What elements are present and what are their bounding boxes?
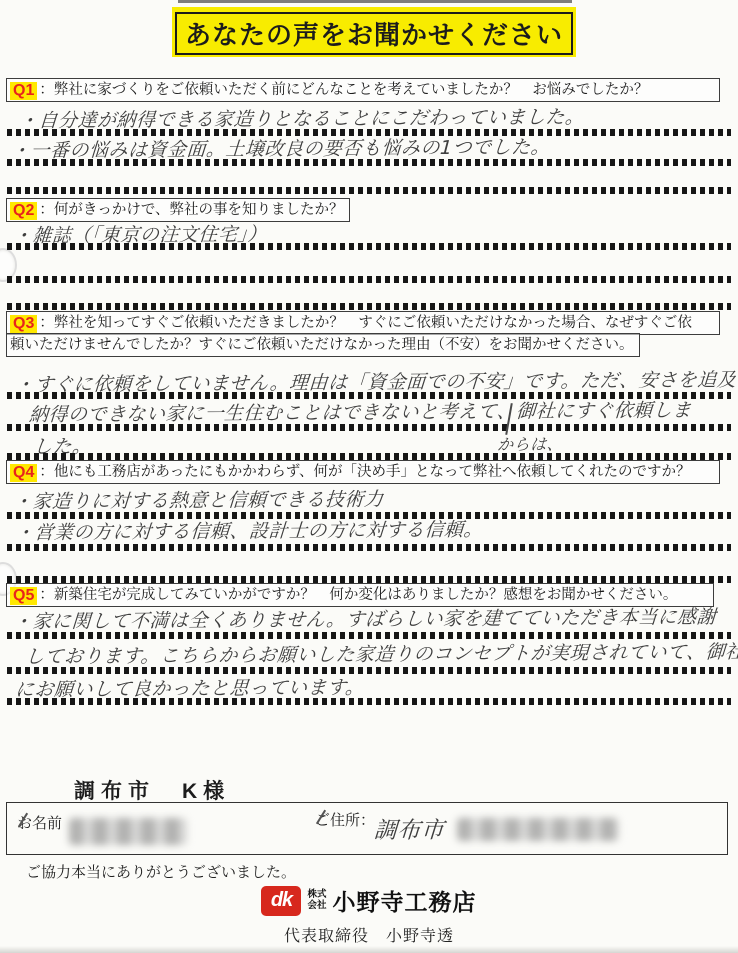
dashed-rule	[7, 698, 731, 705]
q2-label: Q2	[10, 202, 37, 220]
title-highlight: あなたの声をお聞かせください	[172, 7, 576, 57]
dashed-rule	[7, 187, 731, 194]
q1-label: Q1	[10, 82, 37, 100]
q3-answer-line2: 納得のできない家に一生住むことはできないと考えて、御社にすぐ依頼しま	[28, 395, 692, 427]
q5-label: Q5	[10, 587, 37, 605]
questionnaire-page: あなたの声をお聞かせください Q1：弊社に家づくりをご依頼いただく前にどんなこと…	[0, 0, 738, 953]
company-prefix: 株式 会社	[307, 890, 326, 912]
dashed-rule	[7, 453, 731, 460]
company-name: 小野寺工務店	[333, 884, 477, 917]
dashed-rule	[7, 159, 731, 166]
q4-answer-line1: ・家造りに対する熱意と信頼できる技術力	[12, 484, 384, 514]
company-prefix-top: 株式	[307, 890, 326, 901]
address-city-handwriting: 調布市	[373, 812, 446, 846]
q5-answer-line1: ・家に関して不満は全くありません。すばらしい家を建てていただき本当に感謝	[12, 602, 717, 634]
question-box-q2: Q2：何がきっかけで、弊社の事を知りましたか？	[6, 198, 350, 222]
company-logo-icon: dk	[261, 886, 301, 916]
q1-text: ：弊社に家づくりをご依頼いただく前にどんなことを考えていましたか？ お悩みでした…	[39, 82, 648, 98]
q4-answer-line2: ・営業の方に対する信頼、設計士の方に対する信頼。	[14, 515, 484, 545]
company-logo-row: dk 株式 会社 小野寺工務店	[0, 884, 738, 917]
question-box-q4: Q4：他にも工務店があったにもかかわらず、何が「決め手」となって弊社へ依頼してく…	[6, 460, 720, 484]
q3-label: Q3	[10, 315, 37, 333]
q4-text: ：他にも工務店があったにもかかわらず、何が「決め手」となって弊社へ依頼してくれた…	[39, 464, 690, 480]
q2-text: ：何がきっかけで、弊社の事を知りましたか？	[39, 202, 343, 218]
representative-name: 代表取締役 小野寺透	[0, 923, 738, 946]
question-box-q3-line1: Q3：弊社を知ってすぐご依頼いただきましたか？ すぐにご依頼いただけなかった場合…	[6, 311, 720, 335]
dashed-rule	[7, 544, 731, 551]
q3-text-line2: 頼いただけませんでしたか？すぐにご依頼いただけなかった理由（不安）をお聞かせくだ…	[10, 337, 634, 353]
name-address-box: お名前 ご住所： 調布市	[6, 802, 728, 855]
dashed-rule	[7, 243, 731, 250]
dashed-rule	[7, 303, 731, 310]
q3-answer-insertion: からは、	[497, 432, 564, 455]
page-title: あなたの声をお聞かせください	[175, 12, 573, 55]
q5-answer-line2: しております。こちらからお願いした家造りのコンセプトが実現されていて、御社	[24, 637, 738, 669]
dashed-rule	[7, 667, 731, 674]
dashed-rule	[7, 424, 731, 431]
scan-edge-artifact	[0, 946, 738, 953]
thanks-note: ご協力本当にありがとうございました。	[26, 861, 296, 882]
redacted-name	[69, 818, 187, 845]
q3-text-line1: ：弊社を知ってすぐご依頼いただきましたか？ すぐにご依頼いただけなかった場合、な…	[39, 315, 692, 331]
question-box-q3-line2: 頼いただけませんでしたか？すぐにご依頼いただけなかった理由（不安）をお聞かせくだ…	[6, 333, 640, 357]
q4-label: Q4	[10, 464, 37, 482]
dashed-rule	[7, 576, 731, 583]
redacted-address	[457, 818, 619, 841]
company-prefix-bottom: 会社	[307, 901, 326, 912]
question-box-q1: Q1：弊社に家づくりをご依頼いただく前にどんなことを考えていましたか？ お悩みで…	[6, 78, 720, 102]
customer-heading: 調布市 K様	[74, 775, 230, 805]
q5-text: ：新築住宅が完成してみていかがですか？ 何か変化はありましたか？感想をお聞かせく…	[39, 587, 677, 603]
dashed-rule	[7, 276, 731, 283]
scan-edge-artifact	[178, 0, 572, 3]
